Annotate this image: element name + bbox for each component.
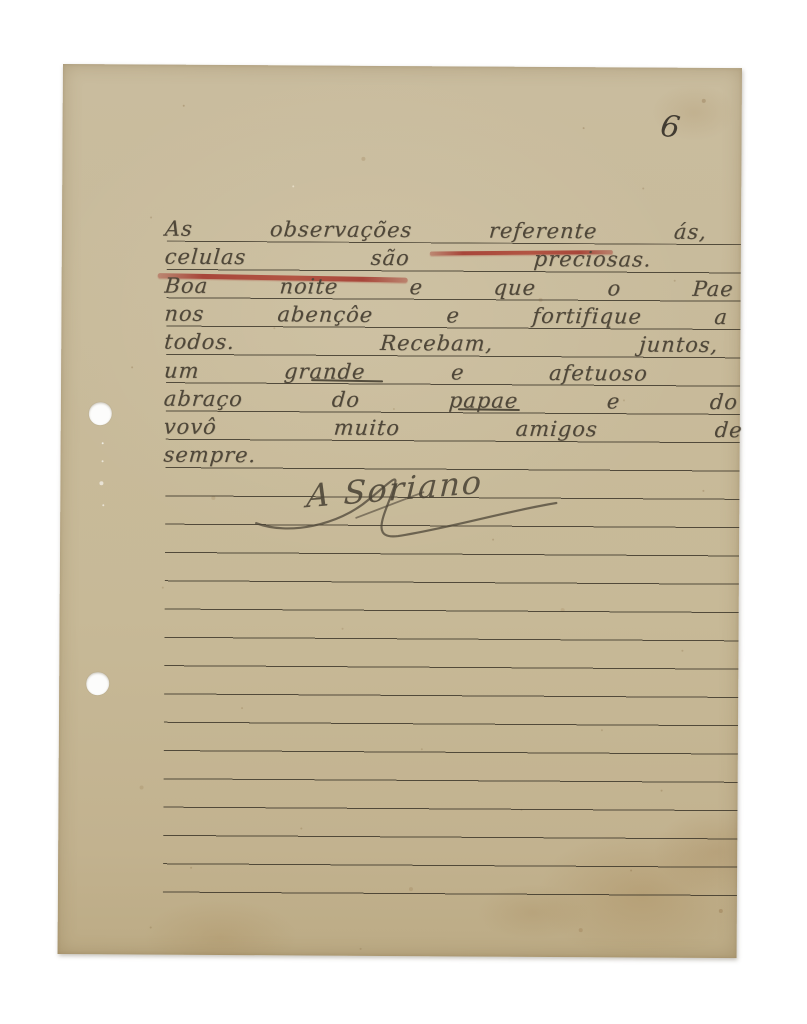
page-number: 6 xyxy=(658,109,682,146)
handwritten-word: preciosas. xyxy=(533,247,653,272)
handwritten-word: sempre. xyxy=(163,443,258,468)
handwritten-word: papae xyxy=(448,388,519,412)
paper-scuff-marks xyxy=(102,442,104,444)
handwritten-word: vovô xyxy=(163,415,218,439)
handwritten-word: e xyxy=(408,275,423,299)
handwritten-word: o xyxy=(607,276,622,300)
handwritten-word: são xyxy=(370,246,411,270)
handwritten-word: referente xyxy=(488,219,598,244)
handwritten-word: que xyxy=(493,275,537,299)
handwritten-line: todos. Recebam, juntos, xyxy=(164,326,718,358)
handwritten-line: celulas são preciosas. xyxy=(165,241,652,273)
handwritten-word: amigos xyxy=(515,417,599,441)
handwritten-word: a xyxy=(714,305,729,329)
handwritten-word: e xyxy=(450,360,465,384)
handwritten-word: celulas xyxy=(164,245,247,269)
punch-hole xyxy=(89,402,112,425)
scanned-letter-page: 6 As observações referente ás, celulas s… xyxy=(0,0,807,1024)
handwritten-word: fortifique xyxy=(532,304,643,329)
handwritten-word: observações xyxy=(269,217,413,242)
handwritten-word: abraço xyxy=(163,386,244,410)
handwritten-word: ás, xyxy=(673,220,708,244)
handwritten-word: de xyxy=(714,418,744,442)
handwritten-text: As observações referente ás, celulas são… xyxy=(165,213,750,217)
signature-block: A Soriano xyxy=(248,461,579,547)
handwritten-word: nos xyxy=(164,302,206,326)
handwritten-word: Recebam, xyxy=(380,331,495,356)
handwritten-word: juntos, xyxy=(638,333,719,357)
handwritten-word: afetuoso xyxy=(548,360,649,385)
handwritten-line: nos abençôe e fortifique a xyxy=(164,298,728,330)
handwritten-word: todos. xyxy=(163,330,235,354)
handwritten-word: noite xyxy=(279,274,340,298)
handwritten-word: abençôe xyxy=(276,302,374,327)
handwritten-line: vovô muito amigos de xyxy=(164,411,743,444)
handwritten-word: do xyxy=(709,390,739,414)
handwritten-word: um xyxy=(163,358,200,382)
handwritten-word: e xyxy=(606,389,621,413)
paper-speckles xyxy=(63,64,65,66)
handwritten-word: muito xyxy=(332,416,400,440)
handwritten-word: grande xyxy=(284,359,367,383)
handwritten-line: Boa noite e que o Pae xyxy=(165,269,734,301)
handwritten-word: Boa xyxy=(164,273,209,297)
handwritten-word: Pae xyxy=(692,276,735,300)
punch-hole xyxy=(86,672,109,695)
handwritten-word: As xyxy=(164,217,194,241)
handwritten-line: abraço do papae e do xyxy=(164,382,738,415)
handwritten-line: um grande e afetuoso xyxy=(164,354,648,386)
paper-sheet: 6 As observações referente ás, celulas s… xyxy=(58,64,742,958)
handwritten-word: do xyxy=(331,387,361,411)
handwritten-word: e xyxy=(445,303,460,327)
handwritten-line: As observações referente ás, xyxy=(165,213,707,245)
